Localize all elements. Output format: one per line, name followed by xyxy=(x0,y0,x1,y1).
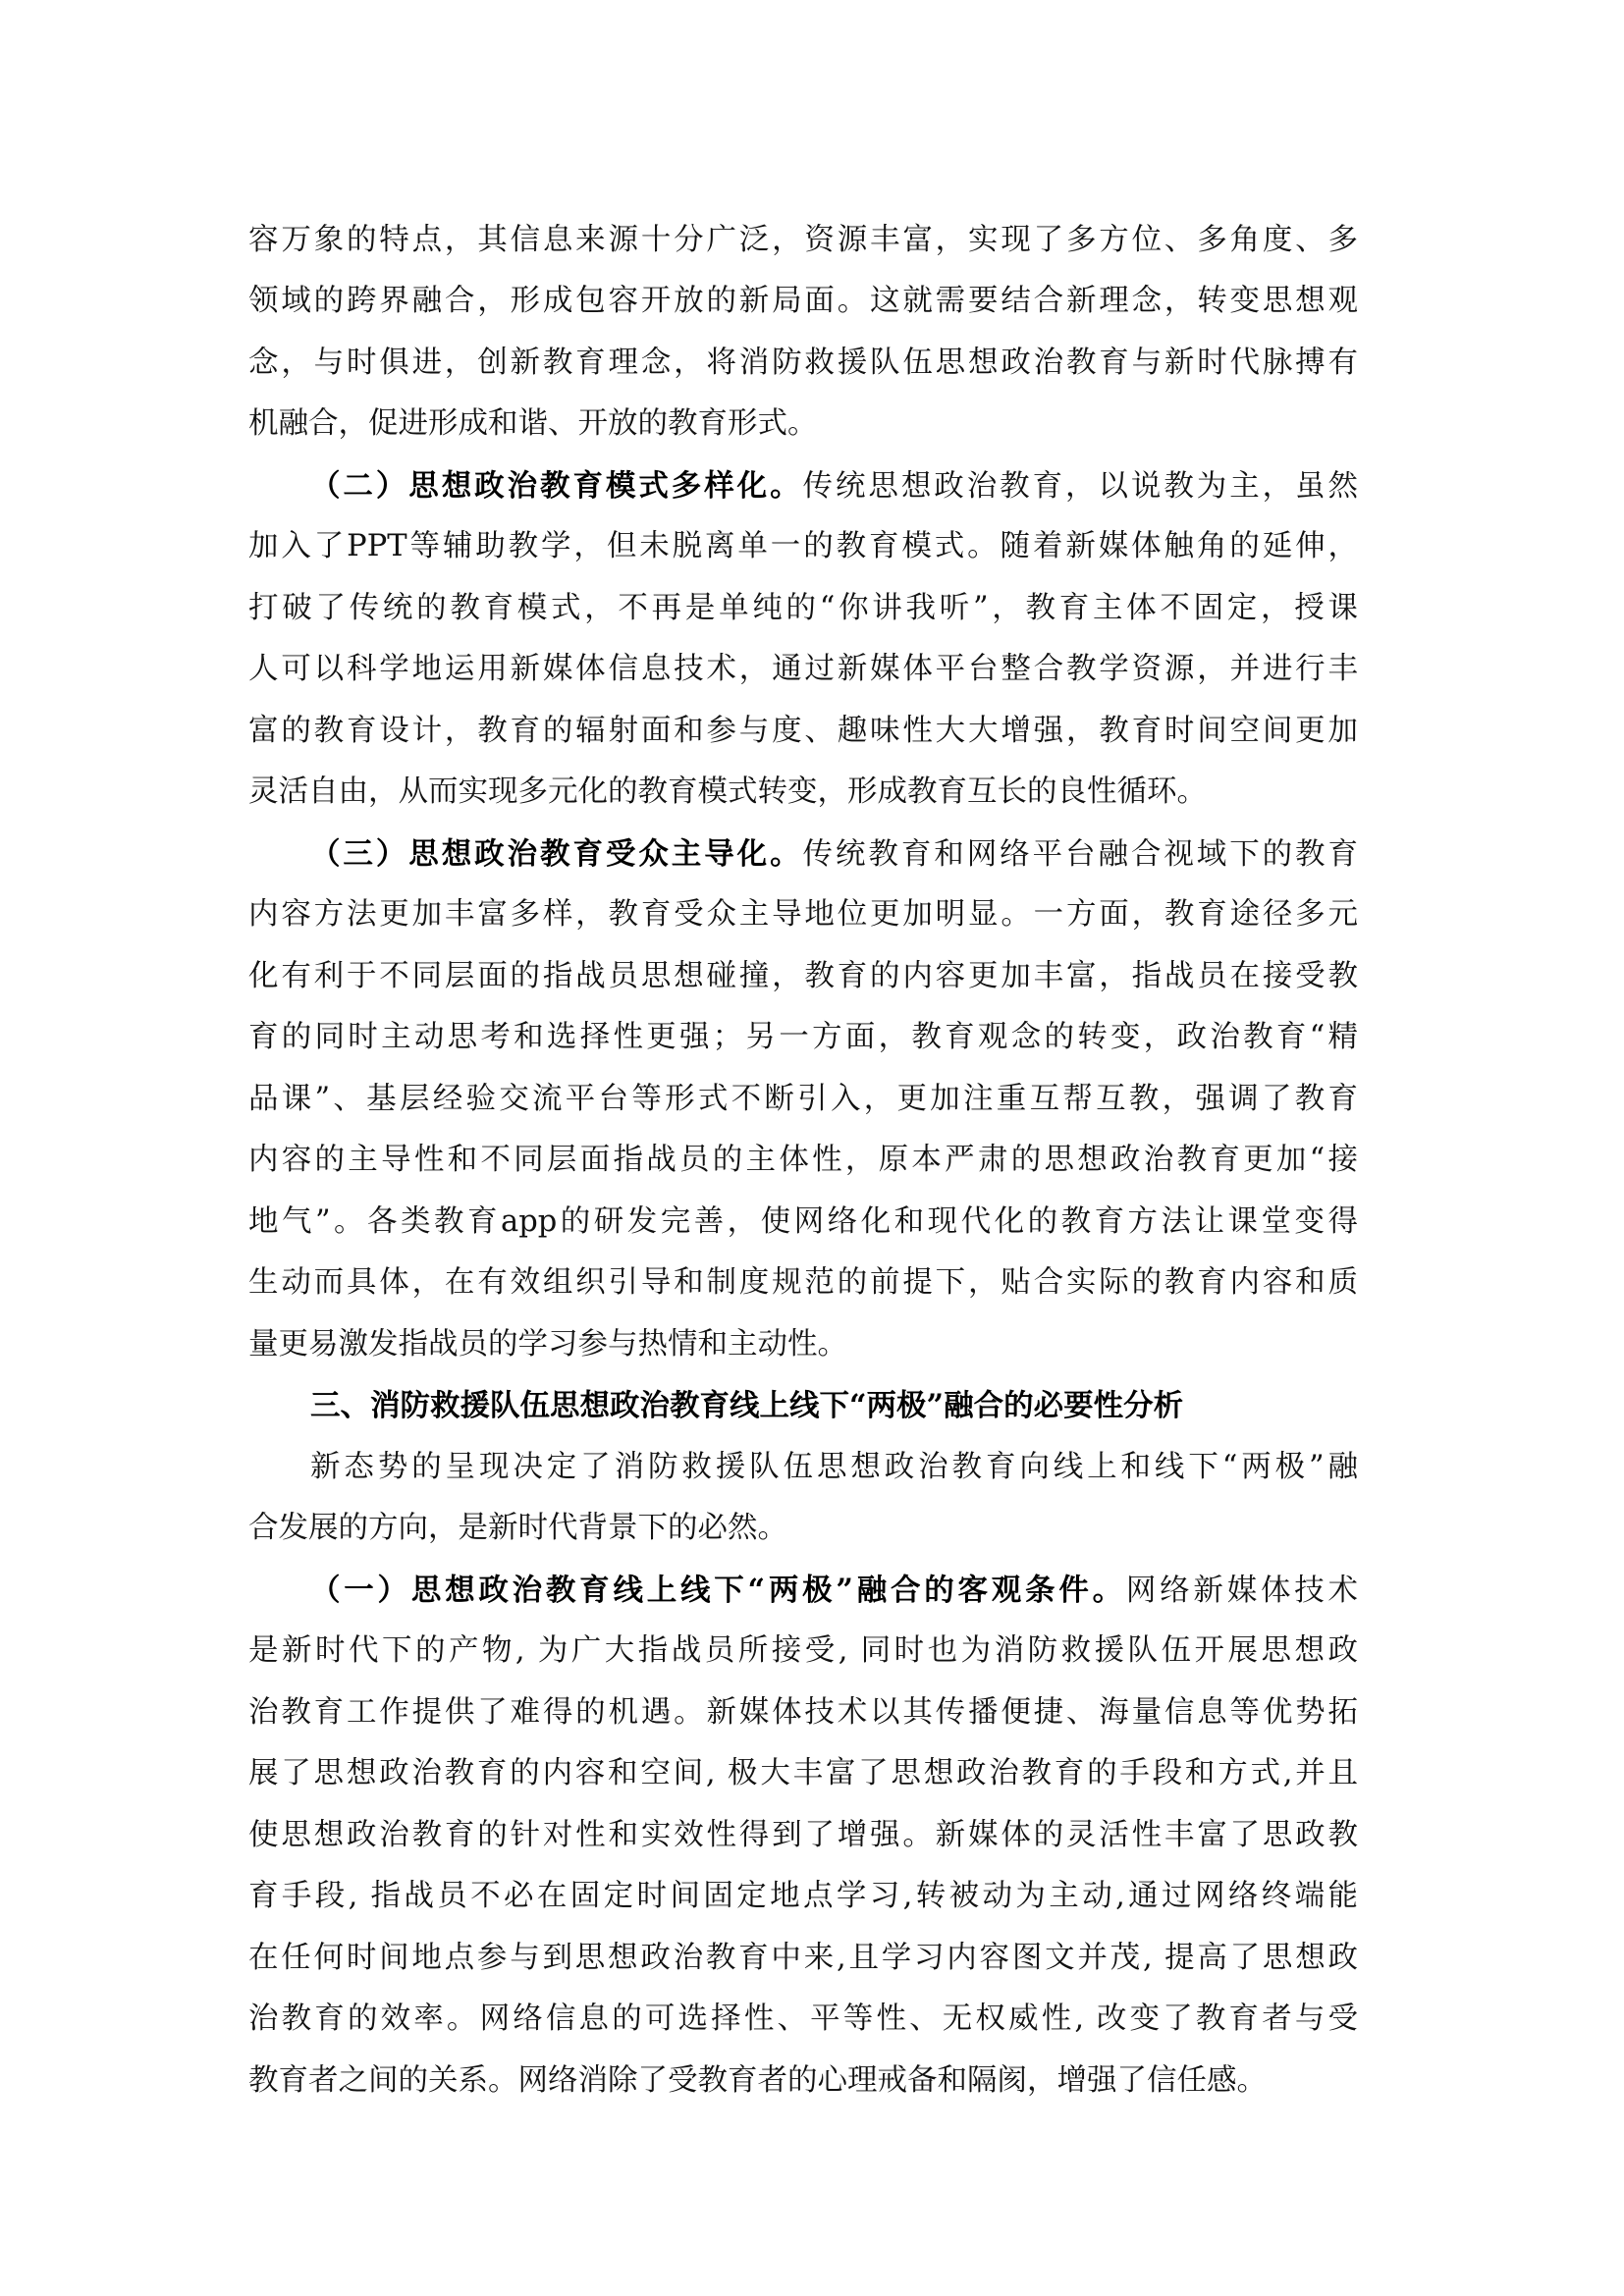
paragraph-line: 念，与时俱进，创新教育理念，将消防救援队伍思想政治教育与新时代脉搏有 xyxy=(248,344,1358,383)
paragraph-line: 合发展的方向，是新时代背景下的必然。 xyxy=(248,1509,1358,1548)
paragraph-line: 富的教育设计，教育的辐射面和参与度、趣味性大大增强，教育时间空间更加 xyxy=(248,712,1358,751)
paragraph-line: 人可以科学地运用新媒体信息技术，通过新媒体平台整合教学资源，并进行丰 xyxy=(248,650,1358,689)
subsection-title: （一）思想政治教育线上线下“两极”融合的客观条件。 xyxy=(310,1573,1126,1608)
paragraph-line: 量更易激发指战员的学习参与热情和主动性。 xyxy=(248,1325,1358,1364)
paragraph-line: 生动而具体，在有效组织引导和制度规范的前提下，贴合实际的教育内容和质 xyxy=(248,1263,1358,1303)
paragraph-line: 治教育工作提供了难得的机遇。新媒体技术以其传播便捷、海量信息等优势拓 xyxy=(248,1693,1358,1733)
paragraph-line: 育手段, 指战员不必在固定时间固定地点学习,转被动为主动,通过网络终端能 xyxy=(248,1877,1358,1916)
paragraph-line: 教育者之间的关系。网络消除了受教育者的心理戒备和隔阂，增强了信任感。 xyxy=(248,2061,1358,2101)
paragraph-line: 容万象的特点，其信息来源十分广泛，资源丰富，实现了多方位、多角度、多 xyxy=(248,221,1358,260)
document-page: 容万象的特点，其信息来源十分广泛，资源丰富，实现了多方位、多角度、多 领域的跨界… xyxy=(0,0,1624,2296)
subsection-title: （三）思想政治教育受众主导化。 xyxy=(310,836,803,872)
subsection-text: 传统思想政治教育，以说教为主，虽然 xyxy=(803,469,1358,504)
paragraph-line: 打破了传统的教育模式，不再是单纯的“你讲我听”，教育主体不固定，授课 xyxy=(248,589,1358,628)
paragraph-line: 治教育的效率。网络信息的可选择性、平等性、无权威性, 改变了教育者与受 xyxy=(248,2000,1358,2039)
paragraph-line: 是新时代下的产物, 为广大指战员所接受, 同时也为消防救援队伍开展思想政 xyxy=(248,1631,1358,1671)
paragraph-line: 展了思想政治教育的内容和空间, 极大丰富了思想政治教育的手段和方式,并且 xyxy=(248,1754,1358,1793)
paragraph-line: 内容的主导性和不同层面指战员的主体性，原本严肃的思想政治教育更加“接 xyxy=(248,1141,1358,1180)
subsection-first-line: （三）思想政治教育受众主导化。传统教育和网络平台融合视域下的教育 xyxy=(310,834,1358,874)
paragraph-line: 育的同时主动思考和选择性更强；另一方面，教育观念的转变，政治教育“精 xyxy=(248,1018,1358,1057)
section-heading: 三、消防救援队伍思想政治教育线上线下“两极”融合的必要性分析 xyxy=(310,1386,1358,1425)
paragraph-line: 机融合，促进形成和谐、开放的教育形式。 xyxy=(248,404,1358,444)
paragraph-line: 加入了PPT等辅助教学，但未脱离单一的教育模式。随着新媒体触角的延伸， xyxy=(248,527,1358,566)
subsection-title: （二）思想政治教育模式多样化。 xyxy=(310,468,803,504)
subsection-text: 传统教育和网络平台融合视域下的教育 xyxy=(803,837,1358,872)
paragraph-line: 化有利于不同层面的指战员思想碰撞，教育的内容更加丰富，指战员在接受教 xyxy=(248,957,1358,996)
subsection-first-line: （一）思想政治教育线上线下“两极”融合的客观条件。网络新媒体技术 xyxy=(310,1571,1358,1610)
paragraph-line: 品课”、基层经验交流平台等形式不断引入，更加注重互帮互教，强调了教育 xyxy=(248,1080,1358,1119)
paragraph-line: 使思想政治教育的针对性和实效性得到了增强。新媒体的灵活性丰富了思政教 xyxy=(248,1816,1358,1855)
paragraph-line: 灵活自由，从而实现多元化的教育模式转变，形成教育互长的良性循环。 xyxy=(248,773,1358,812)
paragraph-line: 在任何时间地点参与到思想政治教育中来,且学习内容图文并茂, 提高了思想政 xyxy=(248,1939,1358,1978)
subsection-text: 网络新媒体技术 xyxy=(1126,1574,1358,1608)
paragraph-line: 内容方法更加丰富多样，教育受众主导地位更加明显。一方面，教育途径多元 xyxy=(248,895,1358,934)
paragraph-line: 领域的跨界融合，形成包容开放的新局面。这就需要结合新理念，转变思想观 xyxy=(248,282,1358,321)
paragraph-line: 新态势的呈现决定了消防救援队伍思想政治教育向线上和线下“两极”融 xyxy=(310,1448,1358,1487)
paragraph-line: 地气”。各类教育app的研发完善，使网络化和现代化的教育方法让课堂变得 xyxy=(248,1202,1358,1242)
subsection-first-line: （二）思想政治教育模式多样化。传统思想政治教育，以说教为主，虽然 xyxy=(310,466,1358,506)
